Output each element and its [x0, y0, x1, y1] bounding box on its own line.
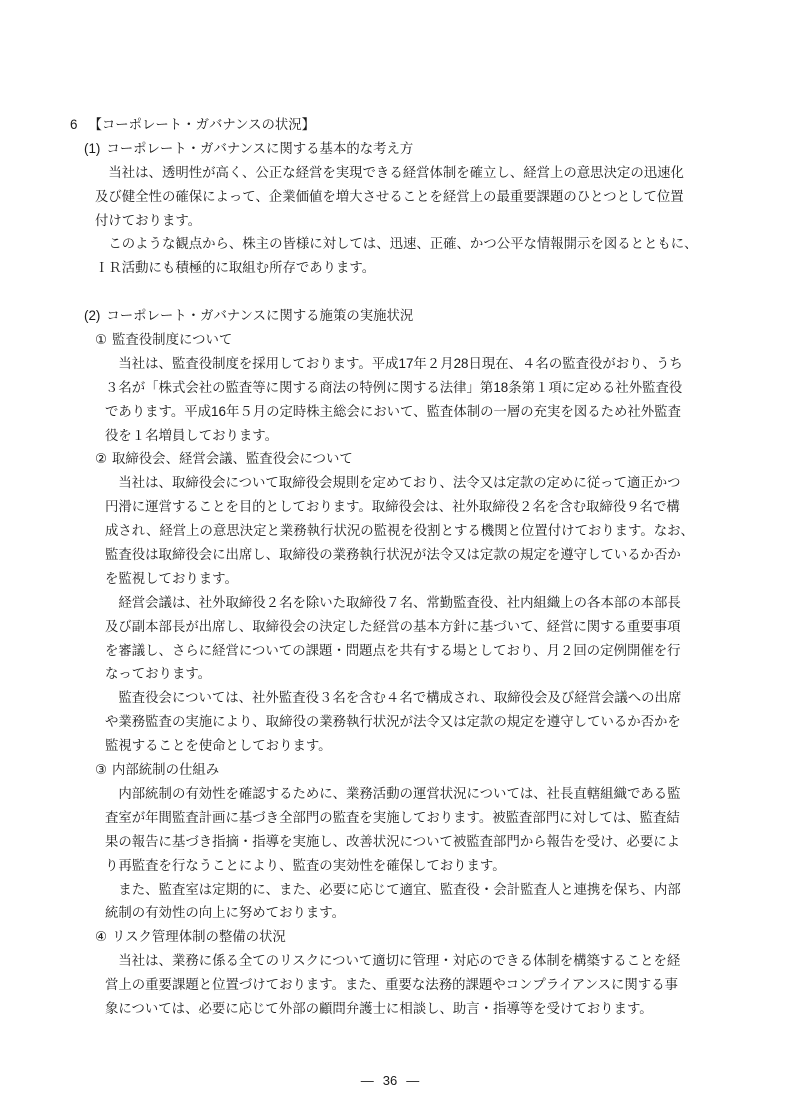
subsection-risk-management: ④リスク管理体制の整備の状況 当社は、業務に係る全てのリスクについて適切に管理・… — [70, 925, 720, 1021]
section-title: コーポレート・ガバナンスに関する施策の実施状況 — [106, 308, 413, 323]
subsection-label: ③ — [95, 762, 107, 777]
text-line: 統制の有効性の向上に努めております。 — [105, 901, 720, 925]
paragraph: 当社は、監査役制度を採用しております。平成17年２月28日現在、４名の監査役がお… — [70, 352, 720, 448]
text-line: 当社は、業務に係る全てのリスクについて適切に管理・対応のできる体制を構築すること… — [105, 949, 720, 973]
text-line: 監視することを使命としております。 — [105, 734, 720, 758]
text-line: 当社は、取締役会について取締役会規則を定めており、法令又は定款の定めに従って適正… — [105, 471, 720, 495]
text-line: や業務監査の実施により、取締役の業務執行状況が法令又は定款の規定を遵守しているか… — [105, 710, 720, 734]
text-line: 及び健全性の確保によって、企業価値を増大させることを経営上の最重要課題のひとつと… — [95, 185, 720, 209]
paragraph: このような観点から、株主の皆様に対しては、迅速、正確、かつ公平な情報開示を図ると… — [70, 232, 720, 280]
text-line: 及び副本部長が出席し、取締役会の決定した経営の基本方針に基づいて、経営に関する重… — [105, 615, 720, 639]
text-line: 果の報告に基づき指摘・指導を実施し、改善状況について被監査部門から報告を受け、必… — [105, 830, 720, 854]
subsection-board-meetings: ②取締役会、経営会議、監査役会について 当社は、取締役会について取締役会規則を定… — [70, 447, 720, 758]
text-line: ３名が「株式会社の監査等に関する商法の特例に関する法律」第18条第１項に定める社… — [105, 376, 720, 400]
paragraph: 当社は、透明性が高く、公正な経営を実現できる経営体制を確立し、経営上の意思決定の… — [70, 161, 720, 233]
paragraph: 監査役会については、社外監査役３名を含む４名で構成され、取締役会及び経営会議への… — [70, 686, 720, 758]
text-line: 監査役会については、社外監査役３名を含む４名で構成され、取締役会及び経営会議への… — [105, 686, 720, 710]
text-line: 営上の重要課題と位置づけております。また、重要な法務的課題やコンプライアンスに関… — [105, 973, 720, 997]
paragraph: 当社は、業務に係る全てのリスクについて適切に管理・対応のできる体制を構築すること… — [70, 949, 720, 1021]
text-line: り再監査を行なうことにより、監査の実効性を確保しております。 — [105, 854, 720, 878]
subsection-internal-control: ③内部統制の仕組み 内部統制の有効性を確認するために、業務活動の運営状況について… — [70, 758, 720, 925]
paragraph: また、監査室は定期的に、また、必要に応じて適宜、監査役・会計監査人と連携を保ち、… — [70, 878, 720, 926]
text-line: 監査役は取締役会に出席し、取締役の業務執行状況が法令又は定款の規定を遵守している… — [105, 543, 720, 567]
chapter-heading: 6【コーポレート・ガバナンスの状況】 — [70, 113, 720, 137]
text-line: 付けております。 — [95, 209, 720, 233]
subsection-title: 監査役制度について — [112, 332, 232, 347]
section-heading: (1)コーポレート・ガバナンスに関する基本的な考え方 — [70, 137, 720, 161]
text-line: 成され、経営上の意思決定と業務執行状況の監視を役割とする機関と位置付けております… — [105, 519, 720, 543]
subsection-title: 取締役会、経営会議、監査役会について — [112, 451, 353, 466]
text-line: 経営会議は、社外取締役２名を除いた取締役７名、常勤監査役、社内組織上の各本部の本… — [105, 591, 720, 615]
section-implementation-status: (2)コーポレート・ガバナンスに関する施策の実施状況 ①監査役制度について 当社… — [70, 304, 720, 1021]
chapter-number: 6 — [70, 117, 77, 132]
text-line: また、監査室は定期的に、また、必要に応じて適宜、監査役・会計監査人と連携を保ち、… — [105, 878, 720, 902]
subsection-label: ① — [95, 332, 107, 347]
subsection-heading: ①監査役制度について — [70, 328, 720, 352]
subsection-heading: ②取締役会、経営会議、監査役会について — [70, 447, 720, 471]
text-line: 円滑に運営することを目的としております。取締役会は、社外取締役２名を含む取締役９… — [105, 495, 720, 519]
page-footer: —36— — [0, 1069, 780, 1093]
text-line: を監視しております。 — [105, 567, 720, 591]
text-line: 当社は、監査役制度を採用しております。平成17年２月28日現在、４名の監査役がお… — [105, 352, 720, 376]
subsection-title: 内部統制の仕組み — [112, 762, 219, 777]
text-line: 役を１名増員しております。 — [105, 424, 720, 448]
page-number: 36 — [383, 1073, 397, 1088]
text-line: 象については、必要に応じて外部の顧問弁護士に相談し、助言・指導等を受けております… — [105, 997, 720, 1021]
text-line: を審議し、さらに経営についての課題・問題点を共有する場としており、月２回の定例開… — [105, 639, 720, 663]
paragraph: 当社は、取締役会について取締役会規則を定めており、法令又は定款の定めに従って適正… — [70, 471, 720, 590]
text-line: なっております。 — [105, 662, 720, 686]
subsection-label: ④ — [95, 929, 107, 944]
text-line: 内部統制の有効性を確認するために、業務活動の運営状況については、社長直轄組織であ… — [105, 782, 720, 806]
text-line: 査室が年間監査計画に基づき全部門の監査を実施しております。被監査部門に対しては、… — [105, 806, 720, 830]
paragraph: 経営会議は、社外取締役２名を除いた取締役７名、常勤監査役、社内組織上の各本部の本… — [70, 591, 720, 687]
text-line: 当社は、透明性が高く、公正な経営を実現できる経営体制を確立し、経営上の意思決定の… — [95, 161, 720, 185]
subsection-heading: ④リスク管理体制の整備の状況 — [70, 925, 720, 949]
chapter-title: 【コーポレート・ガバナンスの状況】 — [88, 117, 315, 132]
footer-dash-left: — — [361, 1073, 374, 1088]
section-label: (1) — [84, 141, 100, 156]
text-line: このような観点から、株主の皆様に対しては、迅速、正確、かつ公平な情報開示を図ると… — [95, 232, 720, 256]
footer-dash-right: — — [406, 1073, 419, 1088]
text-line: であります。平成16年５月の定時株主総会において、監査体制の一層の充実を図るため… — [105, 400, 720, 424]
section-label: (2) — [84, 308, 100, 323]
subsection-audit-system: ①監査役制度について 当社は、監査役制度を採用しております。平成17年２月28日… — [70, 328, 720, 447]
section-heading: (2)コーポレート・ガバナンスに関する施策の実施状況 — [70, 304, 720, 328]
section-basic-policy: (1)コーポレート・ガバナンスに関する基本的な考え方 当社は、透明性が高く、公正… — [70, 137, 720, 280]
section-title: コーポレート・ガバナンスに関する基本的な考え方 — [106, 141, 413, 156]
subsection-label: ② — [95, 451, 107, 466]
subsection-title: リスク管理体制の整備の状況 — [112, 929, 286, 944]
subsection-heading: ③内部統制の仕組み — [70, 758, 720, 782]
document-body: 6【コーポレート・ガバナンスの状況】 (1)コーポレート・ガバナンスに関する基本… — [70, 113, 720, 1021]
paragraph: 内部統制の有効性を確認するために、業務活動の運営状況については、社長直轄組織であ… — [70, 782, 720, 878]
text-line: ＩＲ活動にも積極的に取組む所存であります。 — [95, 256, 720, 280]
